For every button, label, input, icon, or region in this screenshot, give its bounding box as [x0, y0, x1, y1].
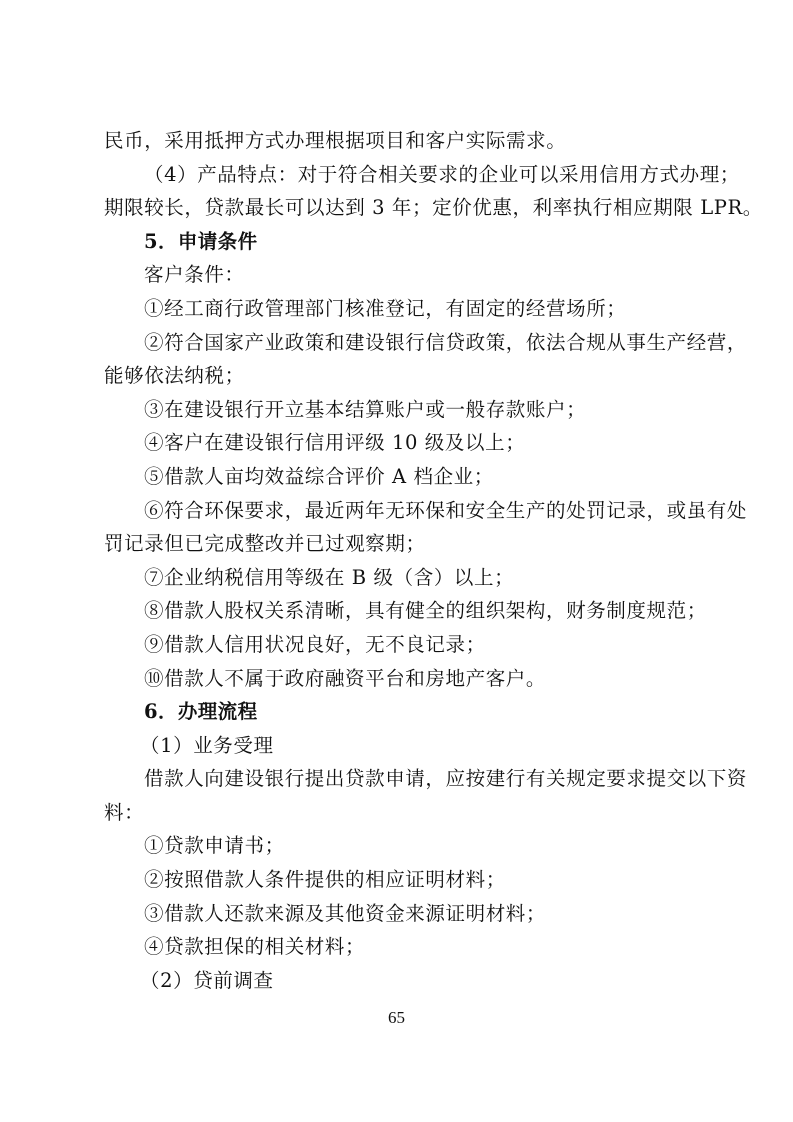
product-features-line: 期限较长，贷款最长可以达到 3 年；定价优惠，利率执行相应期限 LPR。	[104, 191, 692, 225]
material-item: ③借款人还款来源及其他资金来源证明材料；	[104, 897, 692, 931]
document-page-body: 民币，采用抵押方式办理根据项目和客户实际需求。 （4）产品特点：对于符合相关要求…	[104, 124, 692, 997]
condition-item: ③在建设银行开立基本结算账户或一般存款账户；	[104, 393, 692, 427]
condition-item: ⑦企业纳税信用等级在 B 级（含）以上；	[104, 561, 692, 595]
step-title-pre-loan-investigation: （2）贷前调查	[104, 964, 692, 998]
condition-item: ⑧借款人股权关系清晰，具有健全的组织架构，财务制度规范；	[104, 594, 692, 628]
material-item: ④贷款担保的相关材料；	[104, 930, 692, 964]
customer-conditions-label: 客户条件：	[104, 258, 692, 292]
paragraph-line: 民币，采用抵押方式办理根据项目和客户实际需求。	[104, 124, 692, 158]
condition-item: ⑤借款人亩均效益综合评价 A 档企业；	[104, 460, 692, 494]
page-number: 65	[0, 1008, 793, 1028]
condition-item: ⑥符合环保要求，最近两年无环保和安全生产的处罚记录，或虽有处	[104, 494, 692, 528]
section-heading-application-conditions: 5．申请条件	[104, 225, 692, 259]
step-intro-line: 料：	[104, 796, 692, 830]
section-heading-process-flow: 6．办理流程	[104, 695, 692, 729]
material-item: ①贷款申请书；	[104, 829, 692, 863]
condition-item: ①经工商行政管理部门核准登记，有固定的经营场所；	[104, 292, 692, 326]
product-features-line: （4）产品特点：对于符合相关要求的企业可以采用信用方式办理；	[104, 158, 692, 192]
condition-item: ⑩借款人不属于政府融资平台和房地产客户。	[104, 662, 692, 696]
step-intro-line: 借款人向建设银行提出贷款申请，应按建行有关规定要求提交以下资	[104, 762, 692, 796]
condition-item-continuation: 罚记录但已完成整改并已过观察期；	[104, 527, 692, 561]
condition-item: ⑨借款人信用状况良好，无不良记录；	[104, 628, 692, 662]
condition-item-continuation: 能够依法纳税；	[104, 359, 692, 393]
material-item: ②按照借款人条件提供的相应证明材料；	[104, 863, 692, 897]
condition-item: ②符合国家产业政策和建设银行信贷政策，依法合规从事生产经营，	[104, 326, 692, 360]
condition-item: ④客户在建设银行信用评级 10 级及以上；	[104, 426, 692, 460]
step-title-business-acceptance: （1）业务受理	[104, 729, 692, 763]
